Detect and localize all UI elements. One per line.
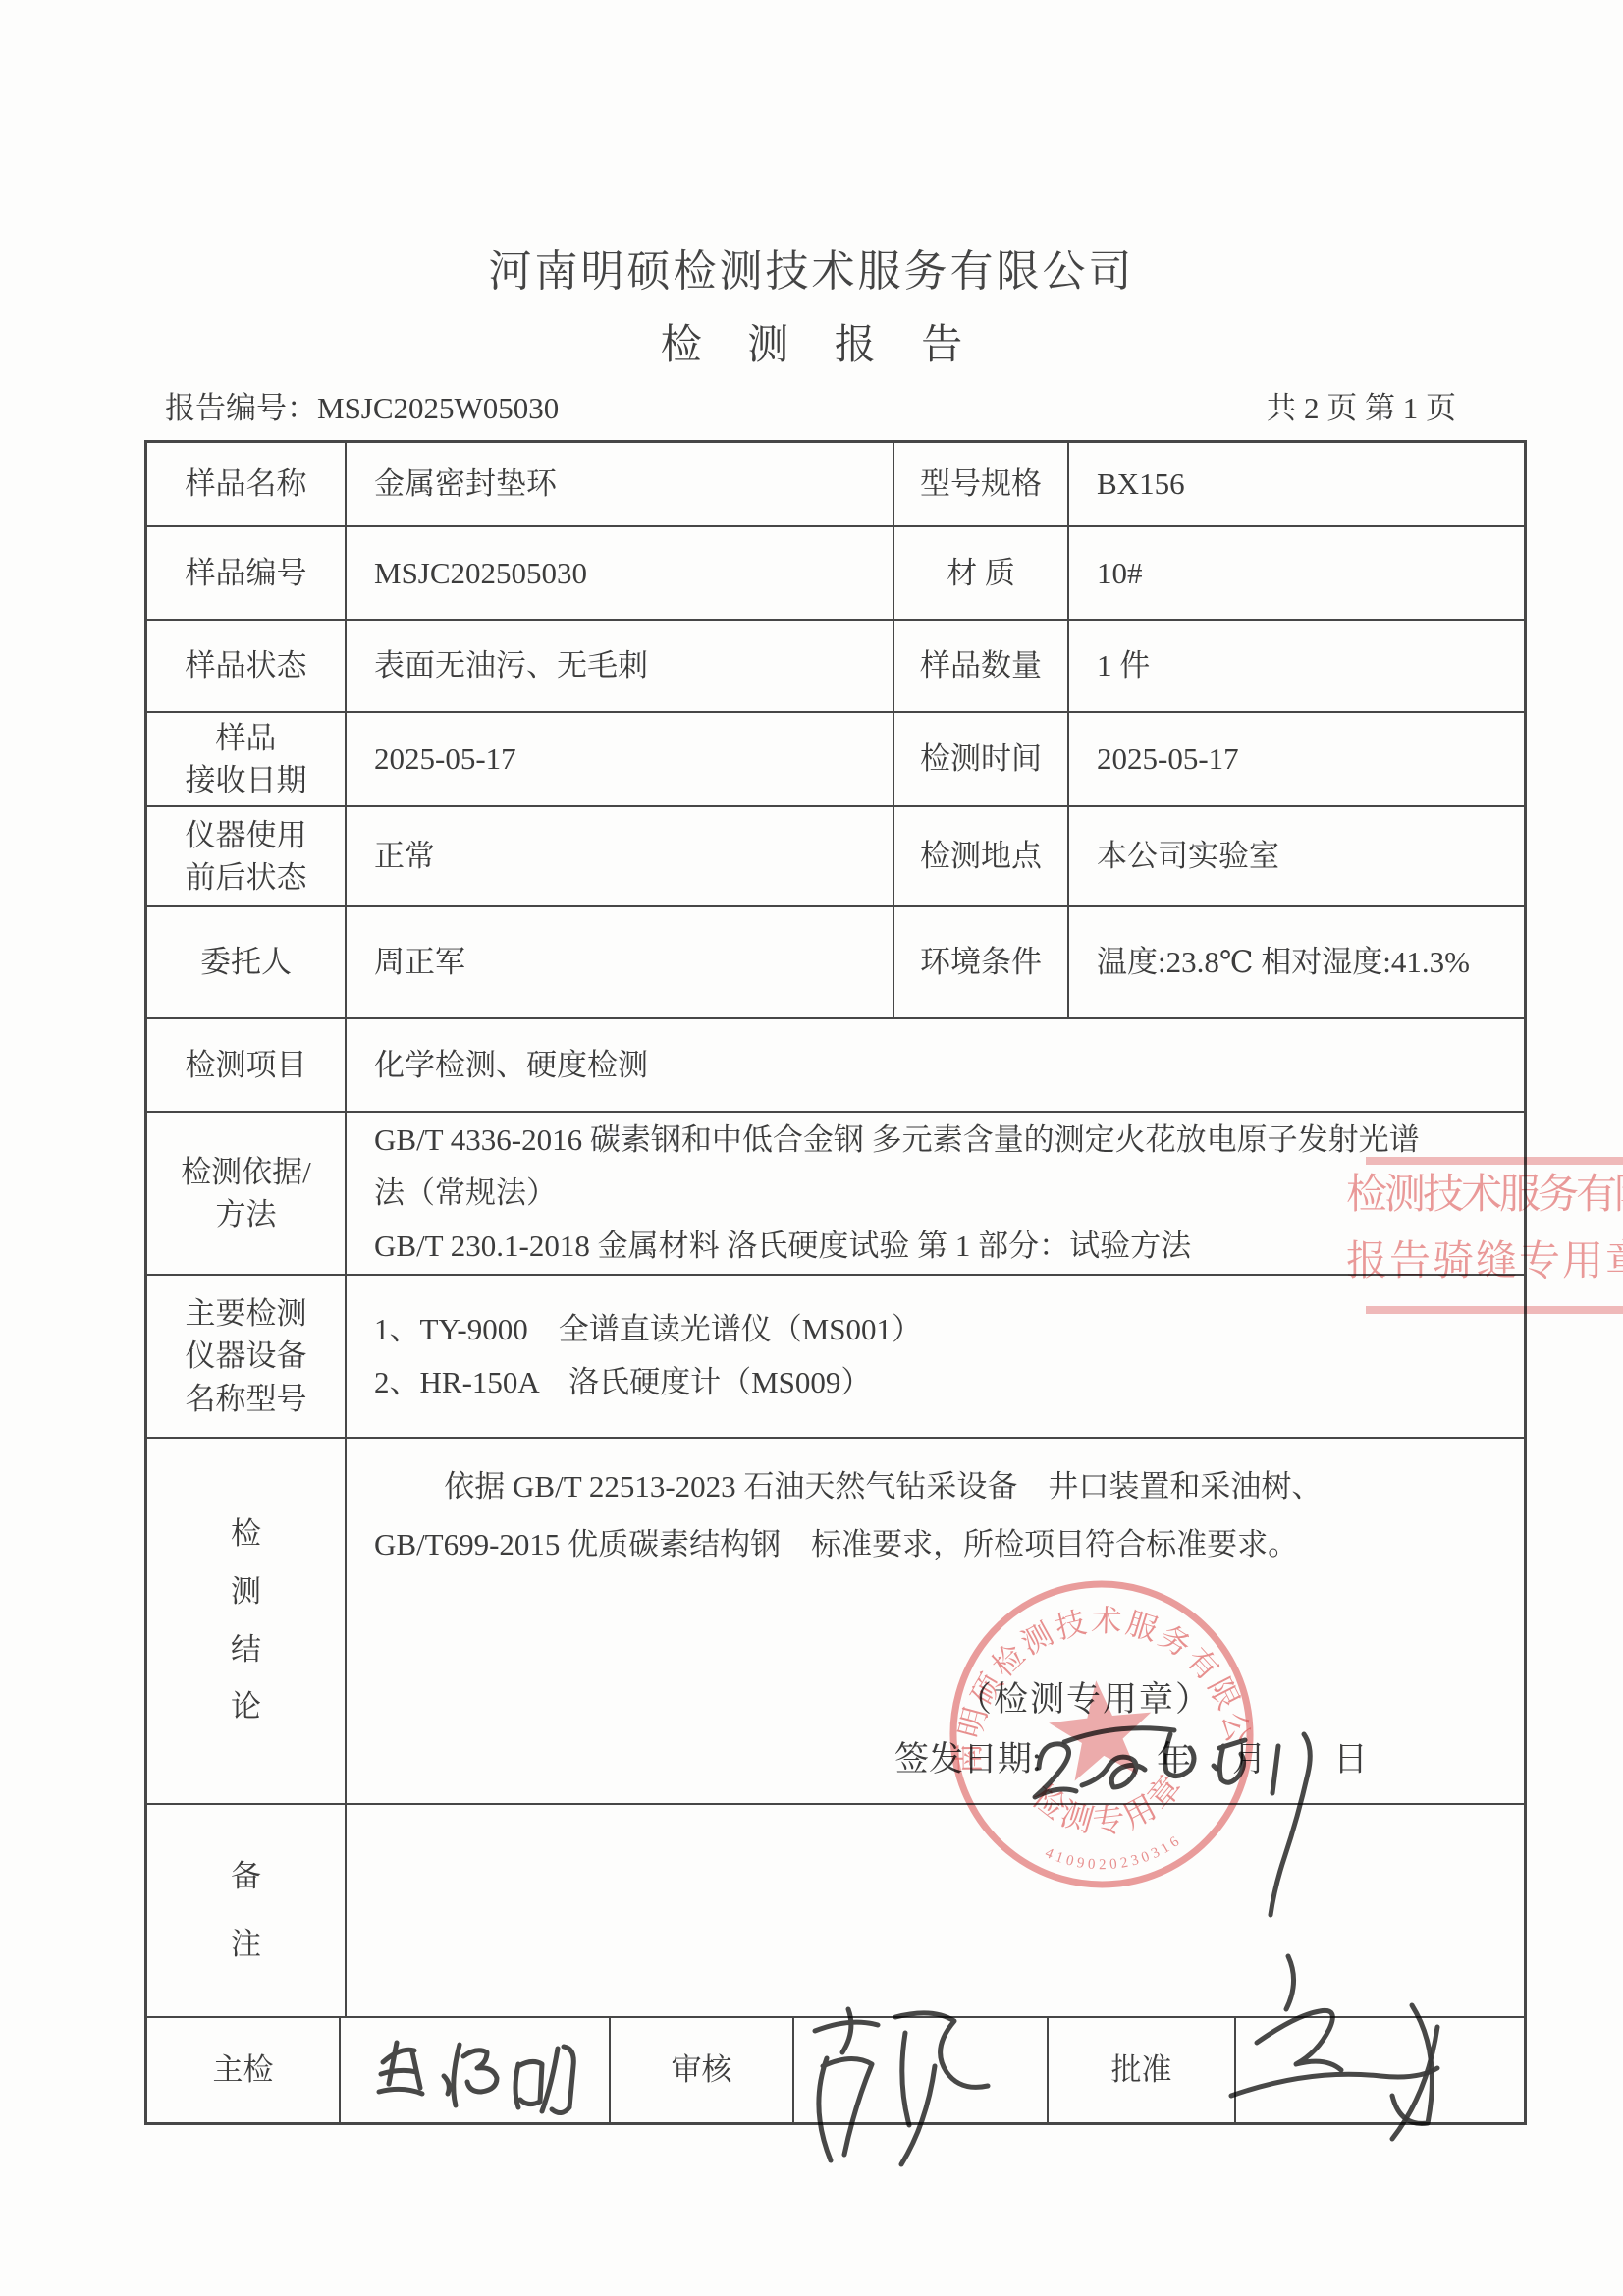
cell-label: 审核 <box>611 2018 794 2122</box>
cell-label: 检测依据/ 方法 <box>147 1113 347 1274</box>
report-meta: 报告编号：MSJC2025W05030 共 2 页 第 1 页 <box>165 383 1456 427</box>
cell-label: 环境条件 <box>894 907 1069 1017</box>
cell-label: 型号规格 <box>894 443 1069 525</box>
table-row-test-items: 检测项目 化学检测、硬度检测 <box>147 1019 1524 1113</box>
cell-value: 1 件 <box>1069 621 1524 711</box>
cell-value: 1、TY-9000 全谱直读光谱仪（MS001） 2、HR-150A 洛氏硬度计… <box>347 1276 1524 1437</box>
cell-value: 10# <box>1069 527 1524 619</box>
cell-value: 温度:23.8℃ 相对湿度:41.3% <box>1069 907 1524 1017</box>
table-row: 样品编号 MSJC202505030 材 质 10# <box>147 527 1524 621</box>
cell-label: 检测时间 <box>894 713 1069 805</box>
table-row: 委托人 周正军 环境条件 温度:23.8℃ 相对湿度:41.3% <box>147 907 1524 1019</box>
table-row: 样品状态 表面无油污、无毛刺 样品数量 1 件 <box>147 621 1524 713</box>
cell-label: 备 注 <box>147 1805 347 2016</box>
reviewer-signature <box>785 2001 1051 2170</box>
paging-seal-line2: 报告骑缝专用章 <box>1366 1239 1623 1285</box>
table-row-instruments: 主要检测 仪器设备 名称型号 1、TY-9000 全谱直读光谱仪（MS001） … <box>147 1276 1524 1439</box>
inspector-signature <box>365 2023 601 2121</box>
cell-value: MSJC202505030 <box>347 527 894 619</box>
cell-label: 材 质 <box>894 527 1069 619</box>
table-row: 样品 接收日期 2025-05-17 检测时间 2025-05-17 <box>147 713 1524 807</box>
cell-value: 金属密封垫环 <box>347 443 894 525</box>
report-title: 检 测 报 告 <box>0 312 1623 371</box>
paging-seal-stamp: 检测技术服务有限 报告骑缝专用章 <box>1366 1157 1623 1314</box>
paging-seal-line1: 检测技术服务有限 <box>1366 1173 1623 1218</box>
company-name: 河南明硕检测技术服务有限公司 <box>0 236 1623 299</box>
cell-value: BX156 <box>1069 443 1524 525</box>
cell-value: 化学检测、硬度检测 <box>347 1019 1524 1111</box>
cell-label: 批准 <box>1049 2018 1236 2122</box>
cell-label: 主要检测 仪器设备 名称型号 <box>147 1276 347 1437</box>
report-page: 河南明硕检测技术服务有限公司 检 测 报 告 报告编号：MSJC2025W050… <box>0 0 1623 2296</box>
cell-label: 样品 接收日期 <box>147 713 347 805</box>
cell-value: 2025-05-17 <box>347 713 894 805</box>
cell-label: 仪器使用 前后状态 <box>147 807 347 905</box>
cell-label: 主检 <box>147 2018 341 2122</box>
cell-value: 周正军 <box>347 907 894 1017</box>
cell-label: 样品编号 <box>147 527 347 619</box>
report-number-label: 报告编号： <box>165 391 317 425</box>
cell-label: 样品状态 <box>147 621 347 711</box>
cell-label: 样品名称 <box>147 443 347 525</box>
handwritten-issue-date <box>1021 1707 1375 1952</box>
cell-label: 委托人 <box>147 907 347 1017</box>
table-row-basis: 检测依据/ 方法 GB/T 4336-2016 碳素钢和中低合金钢 多元素含量的… <box>147 1113 1524 1276</box>
table-row: 样品名称 金属密封垫环 型号规格 BX156 <box>147 443 1524 527</box>
cell-value: 2025-05-17 <box>1069 713 1524 805</box>
cell-value: 正常 <box>347 807 894 905</box>
cell-value: 表面无油污、无毛刺 <box>347 621 894 711</box>
cell-label: 检测地点 <box>894 807 1069 905</box>
pagination: 共 2 页 第 1 页 <box>1266 383 1456 427</box>
report-number-value: MSJC2025W05030 <box>317 391 559 425</box>
cell-label: 样品数量 <box>894 621 1069 711</box>
cell-label: 检测项目 <box>147 1019 347 1111</box>
report-number: 报告编号：MSJC2025W05030 <box>165 383 559 427</box>
approver-signature <box>1217 1946 1551 2158</box>
table-row: 仪器使用 前后状态 正常 检测地点 本公司实验室 <box>147 807 1524 907</box>
cell-label: 检 测 结 论 <box>147 1439 347 1803</box>
cell-value: 本公司实验室 <box>1069 807 1524 905</box>
